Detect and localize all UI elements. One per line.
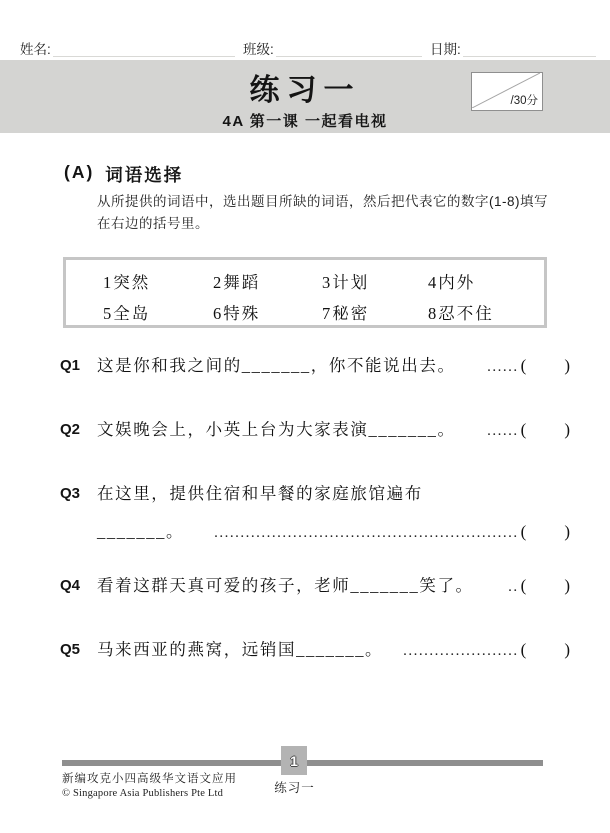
worksheet-page: 姓名: 班级: 日期: 练习一 4A 第一课 一起看电视 /30分 (A) 词语… [0,0,610,833]
answer-paren-close: ) [564,575,570,597]
section-a-instructions: 从所提供的词语中，选出题目所缺的词语，然后把代表它的数字(1-8)填写在右边的括… [97,191,555,234]
page-number: 1 [290,753,298,769]
date-write-line [463,42,596,57]
question-body: 看着这群天真可爱的孩子，老师_______笑了。 .. ( ) [97,575,570,598]
section-a-heading: (A) 词语选择 [64,162,183,187]
exercise-header-band: 练习一 4A 第一课 一起看电视 /30分 [0,60,610,133]
question-text: 看着这群天真可爱的孩子，老师_______笑了。 [97,575,474,597]
question-q3: Q3 在这里，提供住宿和早餐的家庭旅馆遍布 _______。 .........… [60,483,570,544]
question-line: 这是你和我之间的_______，你不能说出去。 ...... ( ) [97,355,570,378]
question-line: 文娱晚会上，小英上台为大家表演_______。 ...... ( ) [97,419,570,442]
dot-leader: ...................... [383,640,521,662]
answer-paren-close: ) [564,419,570,441]
date-field: 日期: [430,38,604,59]
question-q5: Q5 马来西亚的燕窝，远销国_______。 .................… [60,639,570,662]
word-bank-item: 3计划 [322,269,428,293]
question-q4: Q4 看着这群天真可爱的孩子，老师_______笑了。 .. ( ) [60,575,570,598]
question-label: Q2 [60,419,97,442]
name-label: 姓名: [20,38,51,59]
class-label: 班级: [243,38,274,59]
answer-paren-open: ( [521,419,527,441]
answer-paren-open: ( [521,521,527,543]
question-line: 看着这群天真可爱的孩子，老师_______笑了。 .. ( ) [97,575,570,598]
name-write-line [53,42,235,57]
dot-leader: .. [474,576,521,598]
section-a-letter: (A) [64,162,94,187]
copyright-line: © Singapore Asia Publishers Pte Ltd [62,788,237,799]
question-label: Q3 [60,483,97,544]
student-info-row: 姓名: 班级: 日期: [20,42,604,59]
question-text: 马来西亚的燕窝，远销国_______。 [97,639,383,661]
word-bank-item: 2舞蹈 [213,269,322,293]
answer-paren-open: ( [521,355,527,377]
question-text: 在这里，提供住宿和早餐的家庭旅馆遍布 [97,483,423,505]
question-line: 在这里，提供住宿和早餐的家庭旅馆遍布 [97,483,570,505]
word-bank-item: 1突然 [103,269,213,293]
question-text: 文娱晚会上，小英上台为大家表演_______。 [97,419,456,441]
question-body: 文娱晚会上，小英上台为大家表演_______。 ...... ( ) [97,419,570,442]
word-bank-item: 4内外 [428,269,544,293]
word-bank-item: 6特殊 [213,300,322,324]
dot-leader: ...... [456,420,521,442]
class-field: 班级: [243,38,430,59]
date-label: 日期: [430,38,461,59]
answer-paren-open: ( [521,639,527,661]
answer-paren-close: ) [564,639,570,661]
word-bank-item: 7秘密 [322,300,428,324]
question-text: _______。 [97,521,184,543]
word-bank-item: 8忍不住 [428,300,544,324]
exercise-subtitle: 4A 第一课 一起看电视 [0,110,610,131]
question-text: 这是你和我之间的_______，你不能说出去。 [97,355,456,377]
name-field: 姓名: [20,38,243,59]
word-bank-grid: 1突然 2舞蹈 3计划 4内外 5全岛 6特殊 7秘密 8忍不住 [66,260,544,324]
question-line: _______。 ...............................… [97,521,570,544]
question-body: 在这里，提供住宿和早餐的家庭旅馆遍布 _______。 ............… [97,483,570,544]
question-body: 这是你和我之间的_______，你不能说出去。 ...... ( ) [97,355,570,378]
question-q1: Q1 这是你和我之间的_______，你不能说出去。 ...... ( ) [60,355,570,378]
score-box: /30分 [471,72,543,111]
question-label: Q4 [60,575,97,598]
answer-paren-open: ( [521,575,527,597]
question-list: Q1 这是你和我之间的_______，你不能说出去。 ...... ( ) Q2… [60,355,570,703]
class-write-line [276,42,422,57]
question-label: Q5 [60,639,97,662]
book-series-title: 新编攻克小四高级华文语文应用 [62,770,237,786]
page-number-badge: 1 [281,746,307,775]
footer-exercise-label: 练习一 [232,778,357,796]
dot-leader: ........................................… [184,522,521,544]
word-bank-item: 5全岛 [103,300,213,324]
question-q2: Q2 文娱晚会上，小英上台为大家表演_______。 ...... ( ) [60,419,570,442]
question-body: 马来西亚的燕窝，远销国_______。 ....................… [97,639,570,662]
question-label: Q1 [60,355,97,378]
dot-leader: ...... [456,356,521,378]
answer-paren-close: ) [564,355,570,377]
word-bank-box: 1突然 2舞蹈 3计划 4内外 5全岛 6特殊 7秘密 8忍不住 [63,257,547,328]
question-line: 马来西亚的燕窝，远销国_______。 ....................… [97,639,570,662]
footer-publisher-block: 新编攻克小四高级华文语文应用 © Singapore Asia Publishe… [62,770,237,799]
section-a-title: 词语选择 [105,162,183,187]
score-total-label: /30分 [511,92,539,108]
answer-paren-close: ) [564,521,570,543]
